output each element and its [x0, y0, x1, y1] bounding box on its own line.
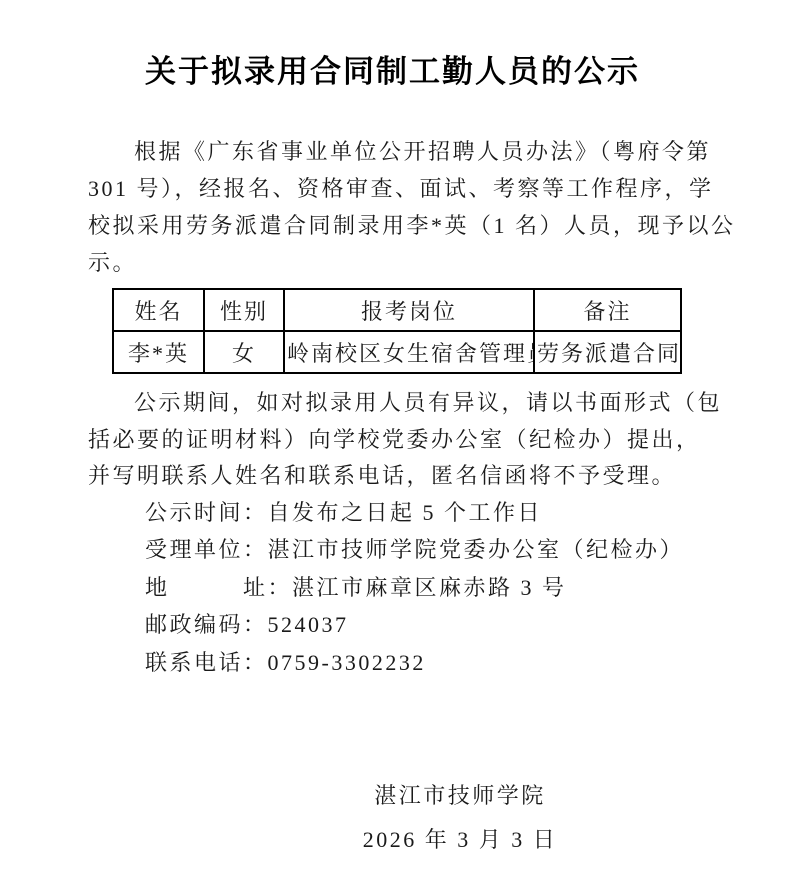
table-cell-remark: 劳务派遣合同: [534, 331, 681, 373]
objection-paragraph: 公示期间，如对拟录用人员有异议，请以书面形式（包 括必要的证明材料）向学校党委办…: [88, 385, 712, 495]
text-line: 校拟采用劳务派遣合同制录用李*英（1 名）人员，现予以公: [88, 207, 712, 244]
postal-code-line: 邮政编码：524037: [145, 606, 684, 643]
text-line: 括必要的证明材料）向学校党委办公室（纪检办）提出，: [88, 422, 712, 459]
text-line: 示。: [88, 244, 712, 281]
table-header-row: 姓名 性别 报考岗位 备注: [113, 289, 681, 331]
text-line: 并写明联系人姓名和联系电话，匿名信函将不予受理。: [88, 458, 712, 495]
signature-date: 2026 年 3 月 3 日: [300, 818, 620, 862]
signature-org: 湛江市技师学院: [300, 774, 620, 818]
table-header-cell-post: 报考岗位: [284, 289, 534, 331]
table-row: 李*英 女 岭南校区女生宿舍管理员 劳务派遣合同: [113, 331, 681, 373]
intro-paragraph: 根据《广东省事业单位公开招聘人员办法》（粤府令第 301 号），经报名、资格审查…: [88, 133, 712, 281]
text-line: 301 号），经报名、资格审查、面试、考察等工作程序，学: [88, 170, 712, 207]
table-header-cell-remark: 备注: [534, 289, 681, 331]
text-line: 根据《广东省事业单位公开招聘人员办法》（粤府令第: [88, 133, 712, 170]
publicity-time-line: 公示时间：自发布之日起 5 个工作日: [145, 494, 684, 531]
document-page: 关于拟录用合同制工勤人员的公示 根据《广东省事业单位公开招聘人员办法》（粤府令第…: [0, 0, 785, 888]
candidate-table: 姓名 性别 报考岗位 备注 李*英 女 岭南校区女生宿舍管理员 劳务派遣合同: [112, 288, 682, 374]
address-line: 地 址：湛江市麻章区麻赤路 3 号: [145, 569, 684, 606]
table-cell-post: 岭南校区女生宿舍管理员: [284, 331, 534, 373]
phone-line: 联系电话：0759-3302232: [145, 644, 684, 681]
table-cell-name: 李*英: [113, 331, 204, 373]
accepting-unit-line: 受理单位：湛江市技师学院党委办公室（纪检办）: [145, 531, 684, 568]
table-header-cell-name: 姓名: [113, 289, 204, 331]
document-title: 关于拟录用合同制工勤人员的公示: [0, 46, 785, 91]
text-line: 公示期间，如对拟录用人员有异议，请以书面形式（包: [88, 385, 712, 422]
table-cell-gender: 女: [204, 331, 284, 373]
signature-block: 湛江市技师学院 2026 年 3 月 3 日: [300, 774, 620, 862]
table-header-cell-gender: 性别: [204, 289, 284, 331]
contact-info: 公示时间：自发布之日起 5 个工作日 受理单位：湛江市技师学院党委办公室（纪检办…: [145, 494, 684, 681]
